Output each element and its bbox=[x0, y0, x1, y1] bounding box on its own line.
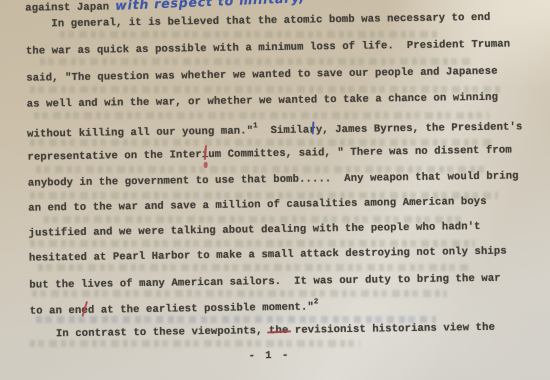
red-struck-word: the bbox=[269, 325, 289, 337]
text-segment: without killing all our young man." bbox=[27, 125, 253, 140]
text-segment: d at the earliest possible moment." bbox=[88, 301, 314, 316]
typed-line: hesitated at Pearl Harbor to make a smal… bbox=[29, 246, 507, 265]
text-segment: y, James Byrnes, the President's bbox=[316, 121, 523, 136]
text-segment: as well and win the war, or whether we w… bbox=[27, 92, 499, 111]
text-segment: to an en bbox=[30, 305, 82, 318]
text-segment: but the lives of many American sailors. … bbox=[29, 273, 501, 292]
typed-line: as well and win the war, or whether we w… bbox=[27, 92, 499, 111]
text-segment: anybody in the government to use that bo… bbox=[28, 170, 519, 189]
blue-handwriting-annotation: with respect to military, bbox=[115, 0, 305, 13]
text-segment: In contrast to these viewpoints, bbox=[30, 325, 269, 341]
typed-line: without killing all our young man."1 Sim… bbox=[27, 118, 522, 140]
text-segment: revisionist historians view the bbox=[288, 322, 495, 337]
typed-line: an end to the war and save a million of … bbox=[28, 196, 487, 215]
typed-line: to an ened at the earliest possible mome… bbox=[30, 298, 319, 317]
text-segment: um Committes, said, " There was no disse… bbox=[208, 144, 512, 161]
typed-text-layer: - 1 - against Japan with respect to mili… bbox=[0, 0, 550, 380]
text-segment: justified and we were talking about deal… bbox=[29, 221, 481, 240]
text-segment: In general, it is believed that the atom… bbox=[25, 12, 490, 31]
text-segment: hesitated at Pearl Harbor to make a smal… bbox=[29, 246, 507, 265]
footnote-superscript: 2 bbox=[314, 298, 319, 306]
typed-line: said, "The question was whether we wante… bbox=[26, 66, 498, 85]
typed-line: justified and we were talking about deal… bbox=[29, 221, 481, 240]
text-segment: representative on the Inter bbox=[27, 149, 202, 164]
red-corrected-character: i bbox=[202, 149, 209, 161]
footnote-superscript: 1 bbox=[253, 122, 258, 130]
text-segment: Simila bbox=[258, 124, 310, 137]
text-segment: an end to the war and save a million of … bbox=[28, 196, 487, 215]
typed-line: the war as quick as possible with a mini… bbox=[26, 38, 510, 57]
typed-line: against Japan with respect to military, bbox=[25, 0, 305, 15]
typed-line: In contrast to these viewpoints, the rev… bbox=[30, 322, 495, 341]
page-number: - 1 - bbox=[30, 347, 508, 366]
text-segment: against Japan bbox=[25, 1, 116, 14]
typed-line: In general, it is believed that the atom… bbox=[25, 12, 490, 31]
typed-line: representative on the Interium Committes… bbox=[27, 144, 511, 163]
blue-corrected-character: r bbox=[309, 124, 316, 136]
document-photo: - 1 - against Japan with respect to mili… bbox=[0, 0, 550, 380]
text-segment: the war as quick as possible with a mini… bbox=[26, 38, 510, 57]
typed-line: but the lives of many American sailors. … bbox=[29, 273, 501, 292]
typed-line: anybody in the government to use that bo… bbox=[28, 170, 519, 189]
text-segment: said, "The question was whether we wante… bbox=[26, 66, 498, 85]
